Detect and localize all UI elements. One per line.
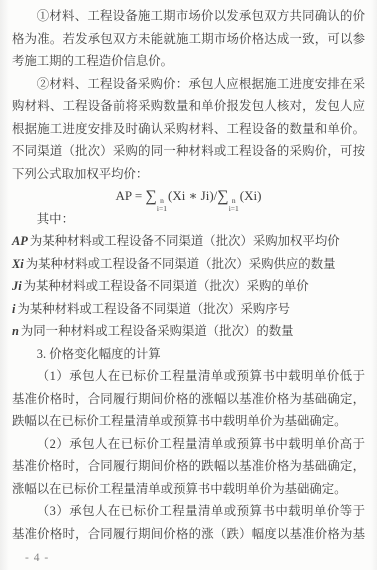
variable-symbol: Xi	[12, 257, 24, 271]
definition-row: AP为某种材料或工程设备不同渠道（批次）采购加权平均价	[12, 230, 365, 253]
text-line: ①材料、工程设备施工期市场价以发承包双方共同确认的价	[12, 5, 365, 28]
text-line: 格为准。若发承包双方未能就施工期市场价格达成一致，可以参	[12, 28, 365, 51]
definition-text: 为某种材料或工程设备不同渠道（批次）采购序号	[17, 302, 290, 316]
formula-denominator: (Xi)	[240, 188, 262, 203]
text-line: ②材料、工程设备采购价：承包人应根据施工进度安排在采	[12, 73, 365, 96]
sigma-limits: ni=1	[157, 197, 167, 212]
text-line: 基准价格时，合同履行期间价格的涨幅以基准价格为基础确定，	[12, 388, 365, 411]
among-label: 其中：	[12, 208, 365, 231]
sigma-lower-limit: i=1	[157, 205, 167, 213]
text-line: （3）承包人在已标价工程量清单或预算书中载明单价等于	[12, 500, 365, 523]
variable-symbol: AP	[12, 234, 28, 248]
document-page: ①材料、工程设备施工期市场价以发承包双方共同确认的价 格为准。若发承包双方未能就…	[0, 0, 377, 570]
clause-2-paragraph: ②材料、工程设备采购价：承包人应根据施工进度安排在采 购材料、工程设备前将采购数…	[12, 73, 365, 186]
definition-text: 为某种材料或工程设备不同渠道（批次）采购的单价	[24, 279, 309, 293]
text-line: （1）承包人在已标价工程量清单或预算书中载明单价低于	[12, 365, 365, 388]
sigma-lower-limit: i=1	[229, 205, 239, 213]
text-line: 不同渠道（批次）采购的同一种材料或工程设备的采购价，可按	[12, 140, 365, 163]
sigma-symbol: ∑	[217, 188, 228, 205]
text-line: 根据施工进度安排及时确认采购材料、工程设备的数量和单价。	[12, 118, 365, 141]
section-3-heading: 3. 价格变化幅度的计算	[12, 343, 365, 366]
sigma-limits: ni=1	[229, 197, 239, 212]
page-number: - 4 -	[12, 548, 365, 568]
definition-row: Xi为某种材料或工程设备不同渠道（批次）采购供应的数量	[12, 253, 365, 276]
formula-equals: =	[132, 188, 146, 203]
variable-symbol: n	[12, 324, 19, 338]
definition-row: n为同一种材料或工程设备采购渠道（批次）的数量	[12, 320, 365, 343]
text-line: 下列公式取加权平均价：	[12, 163, 365, 186]
text-line: 考施工期的工程造价信息价。	[12, 50, 365, 73]
variable-symbol: Ji	[12, 279, 22, 293]
variable-definitions: AP为某种材料或工程设备不同渠道（批次）采购加权平均价 Xi为某种材料或工程设备…	[12, 230, 365, 343]
definition-row: i为某种材料或工程设备不同渠道（批次）采购序号	[12, 298, 365, 321]
definition-text: 为某种材料或工程设备不同渠道（批次）采购供应的数量	[26, 257, 336, 271]
clause-1-paragraph: ①材料、工程设备施工期市场价以发承包双方共同确认的价 格为准。若发承包双方未能就…	[12, 5, 365, 73]
sigma-symbol: ∑	[146, 188, 157, 205]
text-line: 购材料、工程设备前将采购数量和单价报发包人核对，发包人应	[12, 95, 365, 118]
formula-lhs: AP	[116, 188, 132, 203]
item-2-paragraph: （2）承包人在已标价工程量清单或预算书中载明单价高于 基准价格时，合同履行期间价…	[12, 433, 365, 501]
definition-text: 为某种材料或工程设备不同渠道（批次）采购加权平均价	[30, 234, 340, 248]
text-line: 跌幅以在已标价工程量清单或预算书中载明单价为基础确定。	[12, 410, 365, 433]
definition-text: 为同一种材料或工程设备采购渠道（批次）的数量	[21, 324, 294, 338]
formula-numerator: (Xi ∗ Ji)	[168, 188, 214, 203]
definition-row: Ji为某种材料或工程设备不同渠道（批次）采购的单价	[12, 275, 365, 298]
weighted-average-price-formula: AP = ∑ni=1(Xi ∗ Ji)/∑ni=1(Xi)	[12, 185, 365, 208]
item-1-paragraph: （1）承包人在已标价工程量清单或预算书中载明单价低于 基准价格时，合同履行期间价…	[12, 365, 365, 433]
text-line: （2）承包人在已标价工程量清单或预算书中载明单价高于	[12, 433, 365, 456]
text-line: 基准价格时，合同履行期间价格的涨（跌）幅度以基准价格为基	[12, 523, 365, 546]
text-line: 涨幅以在已标价工程量清单或预算书中载明单价为基础确定。	[12, 478, 365, 501]
text-line: 基准价格时，合同履行期间价格的跌幅以基准价格为基础确定，	[12, 455, 365, 478]
variable-symbol: i	[12, 302, 15, 316]
item-3-paragraph: （3）承包人在已标价工程量清单或预算书中载明单价等于 基准价格时，合同履行期间价…	[12, 500, 365, 545]
